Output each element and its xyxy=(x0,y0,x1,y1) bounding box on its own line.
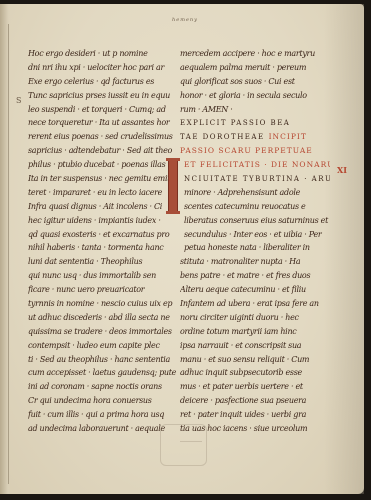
text-line: NCIUITATE TYBURTINA · ARUM · xyxy=(180,172,330,186)
text-line: honor · et gloria · in secula seculo xyxy=(180,89,330,103)
text-column-left: Hoc ergo desideri · ut p nominedni nri i… xyxy=(28,47,178,436)
text-line: ret · pater inquit uides · uerbi gra xyxy=(180,408,330,422)
text-line: luni dat sententia · Theophilus xyxy=(28,255,178,269)
text-line: bens patre · et matre · et fres duos xyxy=(180,269,330,283)
text-line: ipsa narrauit · et conscripsit sua xyxy=(180,339,330,353)
text-line: qui glorificat sos suos · Cui est xyxy=(180,75,330,89)
line-text: qui glorificat sos suos · Cui est xyxy=(180,77,295,86)
text-line: ficare · nunc uero preuaricator xyxy=(28,283,178,297)
text-column-right: mercedem accipere · hoc e martyruaequale… xyxy=(180,47,330,436)
line-text: deicere · pasfectione sua pseuera xyxy=(180,396,306,405)
rubric-incipit: INCIPIT xyxy=(269,132,307,141)
line-text: liberatus conseruus eius saturninus et xyxy=(184,216,328,225)
text-line: ordine totum martyrii iam hinc xyxy=(180,325,330,339)
text-line: quissima se tradere · deos immortales xyxy=(28,325,178,339)
line-text: stituta · matronaliter nupta · Ha xyxy=(180,257,300,266)
line-text: ret · pater inquit uides · uerbi gra xyxy=(180,410,306,419)
edge-stain xyxy=(324,4,364,494)
text-line: ad undecima laborauerunt · aequale xyxy=(28,422,178,436)
line-text: bens patre · et matre · et fres duos xyxy=(180,271,310,280)
text-line: EXPLICIT PASSIO BEA xyxy=(180,116,330,130)
text-line: teret · impararet · eu in lecto iacere xyxy=(28,186,178,200)
text-line: deicere · pasfectione sua pseuera xyxy=(180,394,330,408)
text-line: liberatus conseruus eius saturninus et xyxy=(180,214,330,228)
drypoint-sketch xyxy=(160,424,207,466)
text-line: aequalem palma meruit · pereum xyxy=(180,61,330,75)
text-line: qd quasi exosteris · et excarnatus pro xyxy=(28,228,178,242)
text-line: dni nri ihu xpi · uelociter hoc pari ar xyxy=(28,61,178,75)
line-text: ET FELICITATIS · DIE NONARU MARTI xyxy=(184,160,330,169)
text-line: hec igitur uidens · impiantis iudex · xyxy=(28,214,178,228)
text-line: rum · AMEN · xyxy=(180,103,330,117)
line-text: mus · et pater uerbis uertere · et xyxy=(180,382,303,391)
line-text: TAE DOROTHEAE xyxy=(180,133,265,141)
line-text: aequalem palma meruit · pereum xyxy=(180,63,306,72)
line-text: NCIUITATE TYBURTINA · ARUM · xyxy=(184,175,330,183)
margin-numeral-right: XI xyxy=(337,165,347,175)
text-line: manu · et suo sensu reliquit · Cum xyxy=(180,353,330,367)
text-line: cum accepisset · laetus gaudensq; pute xyxy=(28,366,178,380)
text-line: Alteru aeque catecuminu · et filiu xyxy=(180,283,330,297)
line-text: ordine totum martyrii iam hinc xyxy=(180,327,296,336)
running-head: hemeny xyxy=(150,17,220,23)
text-line: petua honeste nata · liberaliter in xyxy=(180,241,330,255)
text-line: stituta · matronaliter nupta · Ha xyxy=(180,255,330,269)
drypoint-sketch-line xyxy=(180,441,202,442)
text-line: TAE DOROTHEAEINCIPIT xyxy=(180,130,330,144)
text-line: qui nunc usq · dus immortalib sen xyxy=(28,269,178,283)
text-line: Exe ergo celerius · qd facturus es xyxy=(28,75,178,89)
line-text: secundulus · Inter eos · et uibia · Per xyxy=(184,230,321,239)
text-line: Infantem ad ubera · erat ipsa fere an xyxy=(180,297,330,311)
text-line: nihil haberis · tanta · tormenta hanc xyxy=(28,241,178,255)
line-text: noru circiter uiginti duoru · hec xyxy=(180,313,299,322)
text-line: sapricius · adtendebatur · Sed ait theo xyxy=(28,144,178,158)
line-text: ipsa narrauit · et conscripsit sua xyxy=(180,341,301,350)
text-line: Tunc sapricius prses iussit eu in equu xyxy=(28,89,178,103)
line-text: Infantem ad ubera · erat ipsa fere an xyxy=(180,299,319,308)
rubric-line: PASSIO SCARU PERPETUAE xyxy=(180,144,330,158)
text-line: philus · ptubio ducebat · poenas illas xyxy=(28,158,178,172)
text-line: secundulus · Inter eos · et uibia · Per xyxy=(180,228,330,242)
text-line: mercedem accipere · hoc e martyru xyxy=(180,47,330,61)
text-line: rerent eius poenas · sed crudelissimus xyxy=(28,130,178,144)
text-line: Infra quasi dignus · Ait incolens · Ci xyxy=(28,200,178,214)
line-text: scentes catecuminu reuocatus e xyxy=(184,202,305,211)
line-text: honor · et gloria · in secula seculo xyxy=(180,91,307,100)
text-line: mus · et pater uerbis uertere · et xyxy=(180,380,330,394)
rubric-line: ET FELICITATIS · DIE NONARU MARTI xyxy=(180,158,330,172)
text-line: nece torqueretur · Ita ut assantes hor xyxy=(28,116,178,130)
text-line: minore · Adprehensisunt adole xyxy=(180,186,330,200)
manuscript-folio: hemeny S XI Hoc ergo desideri · ut p nom… xyxy=(0,4,364,494)
line-text: rum · AMEN · xyxy=(180,105,233,114)
line-text: minore · Adprehensisunt adole xyxy=(184,188,300,197)
text-line: tyrnnis in nomine · nescio cuius uix ep xyxy=(28,297,178,311)
line-text: mercedem accipere · hoc e martyru xyxy=(180,49,315,58)
text-line: Ita in ter suspensus · nec gemitu emit xyxy=(28,172,178,186)
decorated-initial-i xyxy=(168,159,178,213)
line-text: Alteru aeque catecuminu · et filiu xyxy=(180,285,306,294)
text-line: contempsit · ludeo eum capite plec xyxy=(28,339,178,353)
text-line: ini ad coronam · sapne noctis orans xyxy=(28,380,178,394)
text-line: fuit · cum illis · qui a prima hora usq xyxy=(28,408,178,422)
text-line: Cr qui undecima hora conuersus xyxy=(28,394,178,408)
text-line: ti · Sed au theophilus · hanc sententia xyxy=(28,353,178,367)
text-line: adhuc inquit subpsecutorib esse xyxy=(180,366,330,380)
line-text: PASSIO SCARU PERPETUAE xyxy=(180,146,313,155)
gutter-fold-line xyxy=(8,24,9,484)
text-line: leo suspendi · et torqueri · Cumq; ad xyxy=(28,103,178,117)
line-text: petua honeste nata · liberaliter in xyxy=(184,243,310,252)
text-line: noru circiter uiginti duoru · hec xyxy=(180,311,330,325)
margin-note-left: S xyxy=(16,96,21,105)
text-line: scentes catecuminu reuocatus e xyxy=(180,200,330,214)
text-line: ut adhuc discederis · abd illa secta ne xyxy=(28,311,178,325)
line-text: manu · et suo sensu reliquit · Cum xyxy=(180,355,309,364)
line-text: EXPLICIT PASSIO BEA xyxy=(180,119,290,127)
line-text: adhuc inquit subpsecutorib esse xyxy=(180,368,302,377)
text-line: Hoc ergo desideri · ut p nomine xyxy=(28,47,178,61)
